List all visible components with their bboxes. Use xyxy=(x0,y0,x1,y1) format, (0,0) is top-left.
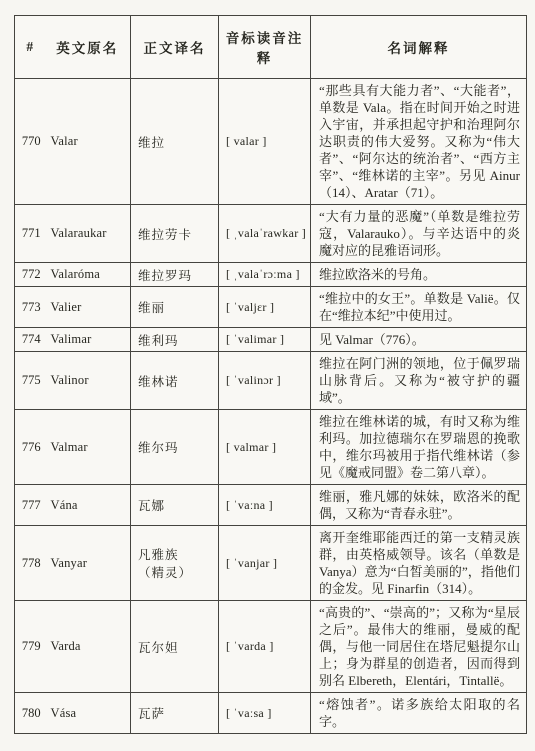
ipa-cell: [ ˈvanjar ] xyxy=(219,526,311,601)
chinese-name-cell: 维拉罗玛 xyxy=(131,263,219,287)
chinese-name-cell: 瓦萨 xyxy=(131,693,219,734)
english-name-cell: Valar xyxy=(45,79,131,205)
ipa-cell: [ ˈvaːsa ] xyxy=(219,693,311,734)
row-number-cell: 774 xyxy=(15,328,45,352)
table-row: 775 Valinor 维林诺 [ ˈvalinɔr ] 维拉在阿门洲的领地，位… xyxy=(15,352,527,410)
table-row: 780 Vása 瓦萨 [ ˈvaːsa ] “熔蚀者”。诺多族给太阳取的名字。 xyxy=(15,693,527,734)
description-cell: 维拉在维林诺的城，有时又称为维利玛。加拉德瑞尔在罗瑞恩的挽歌中，维尔玛被用于指代… xyxy=(311,410,527,485)
description-cell: “那些具有大能力者”、“大能者”，单数是 Vala。指在时间开始之时进入宇宙，并… xyxy=(311,79,527,205)
column-header: 名词解释 xyxy=(311,16,527,79)
english-name-cell: Vanyar xyxy=(45,526,131,601)
ipa-cell: [ ˈvarda ] xyxy=(219,601,311,693)
column-header: 英文原名 xyxy=(45,16,131,79)
description-cell: 维丽，雅凡娜的妹妹，欧洛米的配偶，又称为“青春永驻”。 xyxy=(311,485,527,526)
chinese-name-cell: 维利玛 xyxy=(131,328,219,352)
table-row: 772 Valaróma 维拉罗玛 [ ˌvalaˈrɔːma ] 维拉欧洛米的… xyxy=(15,263,527,287)
description-cell: “大有力量的恶魔”（单数是维拉劳寇，Valarauko）。与辛达语中的炎魔对应的… xyxy=(311,205,527,263)
row-number-cell: 773 xyxy=(15,287,45,328)
description-cell: “熔蚀者”。诺多族给太阳取的名字。 xyxy=(311,693,527,734)
ipa-cell: [ ˈvalinɔr ] xyxy=(219,352,311,410)
chinese-name-cell: 瓦娜 xyxy=(131,485,219,526)
column-header: 音标读音注释 xyxy=(219,16,311,79)
table-row: 771 Valaraukar 维拉劳卡 [ ˌvalaˈrawkar ] “大有… xyxy=(15,205,527,263)
chinese-name-cell: 凡雅族 （精灵） xyxy=(131,526,219,601)
row-number-cell: 780 xyxy=(15,693,45,734)
chinese-name-cell: 瓦尔妲 xyxy=(131,601,219,693)
row-number-cell: 775 xyxy=(15,352,45,410)
row-number-cell: 778 xyxy=(15,526,45,601)
english-name-cell: Valaraukar xyxy=(45,205,131,263)
header-row: #英文原名正文译名音标读音注释名词解释 xyxy=(15,16,527,79)
ipa-cell: [ ˈvaːna ] xyxy=(219,485,311,526)
column-header: # xyxy=(15,16,45,79)
description-cell: 维拉在阿门洲的领地，位于佩罗瑞山脉背后。又称为“被守护的疆域”。 xyxy=(311,352,527,410)
table-row: 777 Vána 瓦娜 [ ˈvaːna ] 维丽，雅凡娜的妹妹，欧洛米的配偶，… xyxy=(15,485,527,526)
row-number-cell: 776 xyxy=(15,410,45,485)
row-number-cell: 777 xyxy=(15,485,45,526)
description-cell: “维拉中的女王”。单数是 Valië。仅在“维拉本纪”中使用过。 xyxy=(311,287,527,328)
table-row: 778 Vanyar 凡雅族 （精灵） [ ˈvanjar ] 离开奎维耶能西迁… xyxy=(15,526,527,601)
ipa-cell: [ ˈvalimar ] xyxy=(219,328,311,352)
english-name-cell: Varda xyxy=(45,601,131,693)
row-number-cell: 779 xyxy=(15,601,45,693)
table-row: 776 Valmar 维尔玛 [ valmar ] 维拉在维林诺的城，有时又称为… xyxy=(15,410,527,485)
ipa-cell: [ valmar ] xyxy=(219,410,311,485)
english-name-cell: Valier xyxy=(45,287,131,328)
row-number-cell: 770 xyxy=(15,79,45,205)
chinese-name-cell: 维拉劳卡 xyxy=(131,205,219,263)
chinese-name-cell: 维尔玛 xyxy=(131,410,219,485)
description-cell: “高贵的”、“崇高的”；又称为“星辰之后”。最伟大的维丽，曼威的配偶，与他一同居… xyxy=(311,601,527,693)
glossary-table: #英文原名正文译名音标读音注释名词解释 770 Valar 维拉 [ valar… xyxy=(14,15,527,734)
english-name-cell: Valaróma xyxy=(45,263,131,287)
table-row: 770 Valar 维拉 [ valar ] “那些具有大能力者”、“大能者”，… xyxy=(15,79,527,205)
column-header: 正文译名 xyxy=(131,16,219,79)
description-cell: 维拉欧洛米的号角。 xyxy=(311,263,527,287)
row-number-cell: 771 xyxy=(15,205,45,263)
ipa-cell: [ ˈvaljɛr ] xyxy=(219,287,311,328)
row-number-cell: 772 xyxy=(15,263,45,287)
description-cell: 离开奎维耶能西迁的第一支精灵族群，由英格威领导。该名（单数是 Vanya）意为“… xyxy=(311,526,527,601)
chinese-name-cell: 维拉 xyxy=(131,79,219,205)
chinese-name-cell: 维林诺 xyxy=(131,352,219,410)
chinese-name-cell: 维丽 xyxy=(131,287,219,328)
table-row: 779 Varda 瓦尔妲 [ ˈvarda ] “高贵的”、“崇高的”；又称为… xyxy=(15,601,527,693)
ipa-cell: [ ˌvalaˈrɔːma ] xyxy=(219,263,311,287)
description-cell: 见 Valmar（776）。 xyxy=(311,328,527,352)
english-name-cell: Valimar xyxy=(45,328,131,352)
english-name-cell: Valinor xyxy=(45,352,131,410)
english-name-cell: Valmar xyxy=(45,410,131,485)
ipa-cell: [ ˌvalaˈrawkar ] xyxy=(219,205,311,263)
english-name-cell: Vása xyxy=(45,693,131,734)
table-row: 774 Valimar 维利玛 [ ˈvalimar ] 见 Valmar（77… xyxy=(15,328,527,352)
ipa-cell: [ valar ] xyxy=(219,79,311,205)
table-row: 773 Valier 维丽 [ ˈvaljɛr ] “维拉中的女王”。单数是 V… xyxy=(15,287,527,328)
english-name-cell: Vána xyxy=(45,485,131,526)
